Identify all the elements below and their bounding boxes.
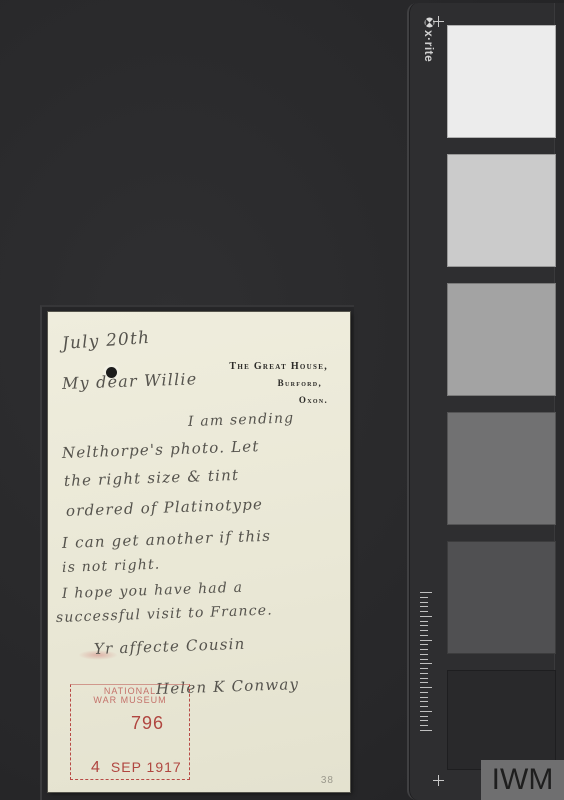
- handwritten-line: is not right.: [62, 557, 161, 576]
- letter-card: The Great House, Burford, Oxon. July 20t…: [48, 312, 350, 792]
- color-checker-strip: x·rite: [407, 3, 564, 800]
- crosshair-icon: [433, 16, 444, 27]
- letterhead-line-3: Oxon.: [229, 392, 328, 409]
- stamp-org-line-2: WAR MUSEUM: [71, 696, 189, 705]
- handwritten-line: the right size & tint: [64, 466, 240, 490]
- stamp-organization: NATIONAL WAR MUSEUM: [71, 687, 189, 705]
- stamp-date-month-year: SEP 1917: [111, 759, 182, 775]
- handwritten-closing: Yr affecte Cousin: [94, 635, 246, 658]
- gray-patch-6: [447, 670, 556, 770]
- stamp-date: 4SEP 1917: [91, 759, 182, 777]
- handwritten-greeting: My dear Willie: [62, 369, 198, 393]
- handwritten-line: I can get another if this: [62, 527, 272, 552]
- handwritten-line: I am sending: [188, 410, 295, 430]
- measurement-ruler: [420, 592, 432, 732]
- letterhead-line-2: Burford,: [229, 375, 328, 392]
- handwritten-line: successful visit to France.: [56, 602, 273, 626]
- gray-patch-5: [447, 541, 556, 654]
- iwm-watermark: IWM: [481, 760, 564, 800]
- crosshair-icon: [433, 775, 444, 786]
- letterhead-line-1: The Great House,: [229, 358, 328, 375]
- handwritten-line: Nelthorpe's photo. Let: [62, 437, 260, 462]
- handwritten-line: ordered of Platinotype: [66, 495, 264, 520]
- handwritten-date: July 20th: [61, 328, 151, 354]
- stamp-number: 796: [131, 713, 164, 734]
- stamp-date-day: 4: [91, 759, 101, 776]
- handwritten-line: I hope you have had a: [62, 580, 244, 602]
- gray-patch-4: [447, 412, 556, 525]
- gray-patch-3: [447, 283, 556, 396]
- gray-patch-1: [447, 25, 556, 138]
- gray-patch-2: [447, 154, 556, 267]
- museum-accession-stamp: NATIONAL WAR MUSEUM 796 4SEP 1917: [70, 684, 190, 780]
- xrite-logo-text: x·rite: [422, 30, 436, 62]
- page-number: 38: [321, 775, 334, 786]
- letterhead: The Great House, Burford, Oxon.: [229, 358, 328, 409]
